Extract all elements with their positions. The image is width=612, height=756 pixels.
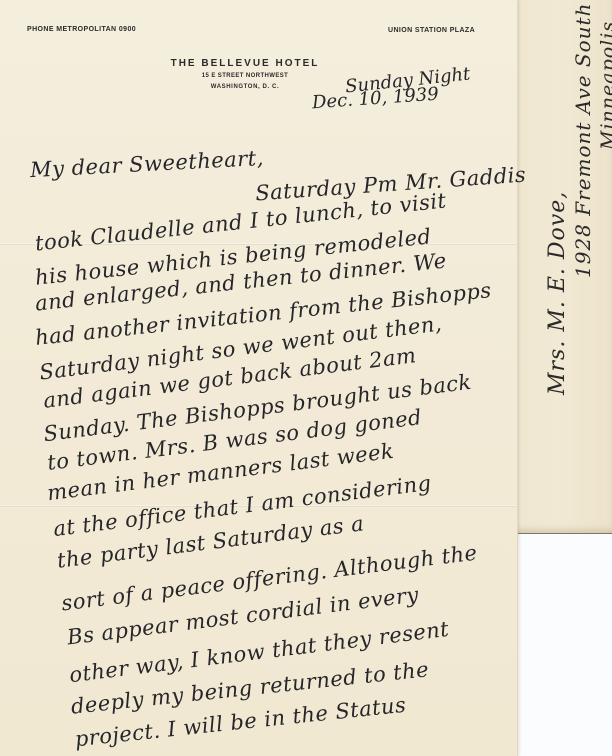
letter-page: PHONE METROPOLITAN 0900 UNION STATION PL… [0, 0, 518, 756]
hotel-name: THE BELLEVUE HOTEL [170, 58, 320, 69]
envelope-city: Minneapolis [597, 21, 612, 150]
letterhead-location: UNION STATION PLAZA [388, 27, 475, 34]
envelope-recipient: Mrs. M. E. Dove, [545, 191, 570, 395]
salutation: My dear Sweetheart, [30, 146, 265, 182]
letterhead: THE BELLEVUE HOTEL 15 E STREET NORTHWEST… [170, 58, 320, 90]
envelope-address: Mrs. M. E. Dove, 1928 Fremont Ave South … [505, 0, 612, 400]
dateline-date: Dec. 10, 1939 [311, 84, 439, 114]
letterhead-phone: PHONE METROPOLITAN 0900 [27, 26, 136, 33]
hotel-city: WASHINGTON, D. C. [170, 84, 320, 90]
hotel-street: 15 E STREET NORTHWEST [170, 73, 320, 79]
envelope: Mrs. M. E. Dove, 1928 Fremont Ave South … [505, 0, 612, 534]
envelope-street: 1928 Fremont Ave South [571, 3, 595, 278]
